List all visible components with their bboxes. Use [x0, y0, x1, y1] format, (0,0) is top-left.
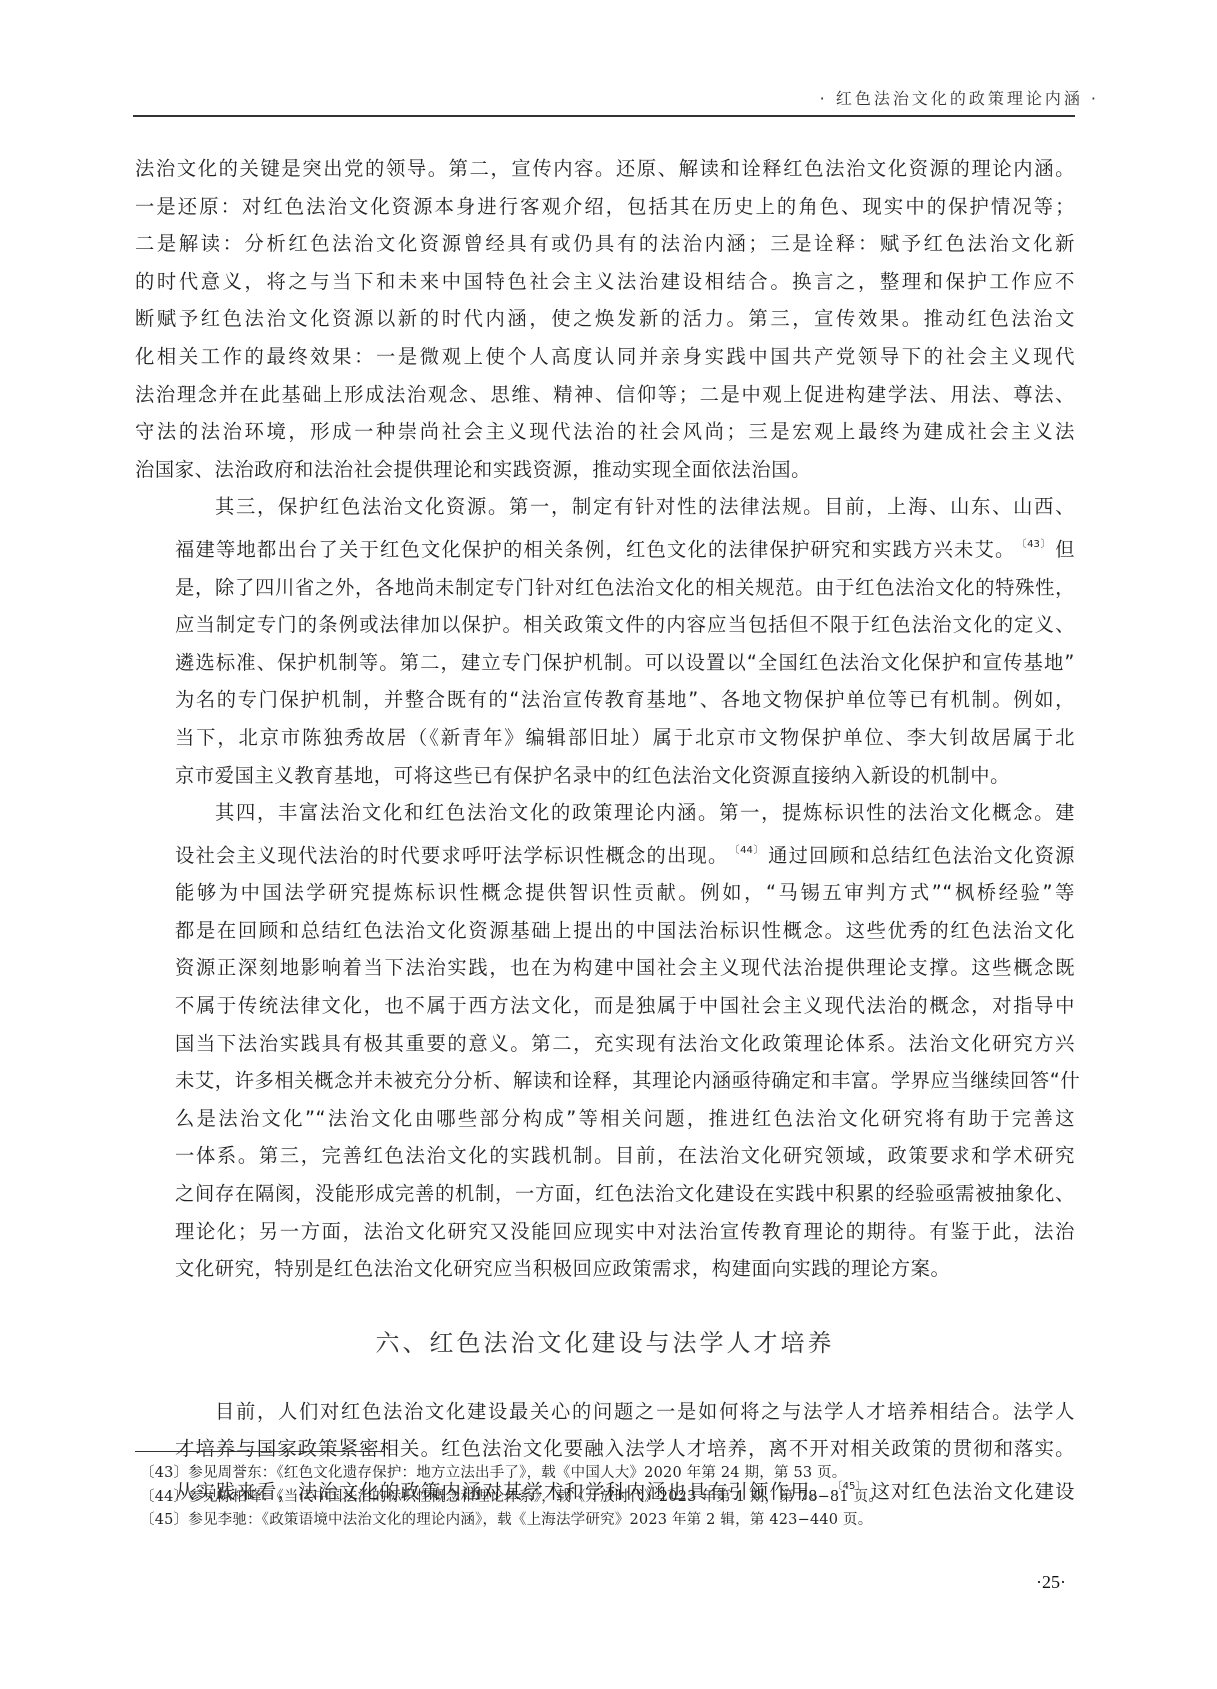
paragraph: 法治文化的关键是突出党的领导。第二，宣传内容。还原、解读和诠释红色法治文化资源的…: [135, 150, 1075, 488]
text-segment: 福建等地都出台了关于红色文化保护的相关条例，红色文化的法律保护研究和实践方兴未艾…: [175, 538, 1016, 561]
text-line: 国当下法治实践具有极其重要的意义。第二，充实现有法治文化政策理论体系。法治文化研…: [135, 1025, 1075, 1063]
text-line: 化相关工作的最终效果：一是微观上使个人高度认同并亲身实践中国共产党领导下的社会主…: [135, 338, 1075, 376]
text-line: 应当制定专门的条例或法律加以保护。相关政策文件的内容应当包括但不限于红色法治文化…: [135, 606, 1075, 644]
text-line: 未艾，许多相关概念并未被充分分析、解读和诠释，其理论内涵亟待确定和丰富。学界应当…: [135, 1062, 1075, 1100]
footnote-44: 〔44〕参见陈柏峰：《当代中国法治的标识性概念和理论体系》，载《开放时代》202…: [140, 1486, 1070, 1510]
paragraph: 其四，丰富法治文化和红色法治文化的政策理论内涵。第一，提炼标识性的法治文化概念。…: [135, 794, 1075, 1288]
text-line: 的时代意义，将之与当下和未来中国特色社会主义法治建设相结合。换言之，整理和保护工…: [135, 263, 1075, 301]
text-line: 之间存在隔阂，没能形成完善的机制，一方面，红色法治文化建设在实践中积累的经验亟需…: [135, 1175, 1075, 1213]
text-line: 当下，北京市陈独秀故居（《新青年》编辑部旧址）属于北京市文物保护单位、李大钊故居…: [135, 719, 1075, 757]
running-header: · 红色法治文化的政策理论内涵 ·: [820, 86, 1099, 109]
text-line: 都是在回顾和总结红色法治文化资源基础上提出的中国法治标识性概念。这些优秀的红色法…: [135, 912, 1075, 950]
text-line: 文化研究，特别是红色法治文化研究应当积极回应政策需求，构建面向实践的理论方案。: [135, 1250, 1075, 1288]
footnotes: 〔43〕参见周誉东：《红色文化遗存保护：地方立法出手了》，载《中国人大》2020…: [140, 1462, 1070, 1533]
text-line: 其三，保护红色法治文化资源。第一，制定有针对性的法律法规。目前，上海、山东、山西…: [135, 488, 1075, 526]
paragraph: 其三，保护红色法治文化资源。第一，制定有针对性的法律法规。目前，上海、山东、山西…: [135, 488, 1075, 794]
footnote-number: 〔43〕: [140, 1465, 188, 1481]
footnote-45: 〔45〕参见李驰：《政策语境中法治文化的理论内涵》，载《上海法学研究》2023 …: [140, 1509, 1070, 1533]
text-line: 资源正深刻地影响着当下法治实践，也在为构建中国社会主义现代法治提供理论支撑。这些…: [135, 949, 1075, 987]
footnote-separator: [135, 1451, 385, 1452]
footnote-number: 〔44〕: [140, 1489, 188, 1505]
footnote-number: 〔45〕: [140, 1512, 188, 1528]
text-line: 么是法治文化”“法治文化由哪些部分构成”等相关问题，推进红色法治文化研究将有助于…: [135, 1100, 1075, 1138]
text-segment: 设社会主义现代法治的时代要求呼吁法学标识性概念的出现。: [175, 844, 729, 867]
footnote-text: 参见陈柏峰：《当代中国法治的标识性概念和理论体系》，载《开放时代》2023 年第…: [188, 1489, 883, 1505]
text-line: 二是解读：分析红色法治文化资源曾经具有或仍具有的法治内涵；三是诠释：赋予红色法治…: [135, 225, 1075, 263]
footnote-ref-44[interactable]: 〔44〕: [735, 845, 765, 856]
section-heading: 六、红色法治文化建设与法学人才培养: [135, 1323, 1075, 1358]
text-line: 法治理念并在此基础上形成法治观念、思维、精神、信仰等；二是中观上促进构建学法、用…: [135, 376, 1075, 414]
text-line: 其四，丰富法治文化和红色法治文化的政策理论内涵。第一，提炼标识性的法治文化概念。…: [135, 794, 1075, 832]
footnote-text: 参见李驰：《政策语境中法治文化的理论内涵》，载《上海法学研究》2023 年第 2…: [188, 1512, 872, 1528]
text-line: 能够为中国法学研究提炼标识性概念提供智识性贡献。例如，“马锡五审判方式”“枫桥经…: [135, 874, 1075, 912]
footnote-43: 〔43〕参见周誉东：《红色文化遗存保护：地方立法出手了》，载《中国人大》2020…: [140, 1462, 1070, 1486]
text-line: 断赋予红色法治文化资源以新的时代内涵，使之焕发新的活力。第三，宣传效果。推动红色…: [135, 300, 1075, 338]
page-number: ·25·: [1036, 1572, 1066, 1593]
text-line: 福建等地都出台了关于红色文化保护的相关条例，红色文化的法律保护研究和实践方兴未艾…: [135, 526, 1075, 569]
text-line: 治国家、法治政府和法治社会提供理论和实践资源，推动实现全面依法治国。: [135, 451, 1075, 489]
text-line: 一体系。第三，完善红色法治文化的实践机制。目前，在法治文化研究领域，政策要求和学…: [135, 1137, 1075, 1175]
text-line: 守法的法治环境，形成一种崇尚社会主义现代法治的社会风尚；三是宏观上最终为建成社会…: [135, 413, 1075, 451]
body-text: 法治文化的关键是突出党的领导。第二，宣传内容。还原、解读和诠释红色法治文化资源的…: [135, 150, 1075, 1511]
text-segment: 但: [1055, 538, 1075, 561]
text-line: 法治文化的关键是突出党的领导。第二，宣传内容。还原、解读和诠释红色法治文化资源的…: [135, 150, 1075, 188]
text-line: 目前，人们对红色法治文化建设最关心的问题之一是如何将之与法学人才培养相结合。法学…: [135, 1393, 1075, 1431]
text-line: 遴选标准、保护机制等。第二，建立专门保护机制。可以设置以“全国红色法治文化保护和…: [135, 644, 1075, 682]
text-line: 理论化；另一方面，法治文化研究又没能回应现实中对法治宣传教育理论的期待。有鉴于此…: [135, 1213, 1075, 1251]
text-line: 是，除了四川省之外，各地尚未制定专门针对红色法治文化的相关规范。由于红色法治文化…: [135, 569, 1075, 607]
text-segment: 通过回顾和总结红色法治文化资源: [768, 844, 1075, 867]
text-line: 一是还原：对红色法治文化资源本身进行客观介绍，包括其在历史上的角色、现实中的保护…: [135, 188, 1075, 226]
footnote-text: 参见周誉东：《红色文化遗存保护：地方立法出手了》，载《中国人大》2020 年第 …: [188, 1465, 846, 1481]
footnote-ref-43[interactable]: 〔43〕: [1022, 539, 1052, 550]
text-line: 京市爱国主义教育基地，可将这些已有保护名录中的红色法治文化资源直接纳入新设的机制…: [135, 757, 1075, 795]
text-line: 设社会主义现代法治的时代要求呼吁法学标识性概念的出现。〔44〕通过回顾和总结红色…: [135, 832, 1075, 875]
text-line: 不属于传统法律文化，也不属于西方法文化，而是独属于中国社会主义现代法治的概念，对…: [135, 987, 1075, 1025]
header-rule: [133, 115, 1075, 117]
text-line: 为名的专门保护机制，并整合既有的“法治宣传教育基地”、各地文物保护单位等已有机制…: [135, 681, 1075, 719]
